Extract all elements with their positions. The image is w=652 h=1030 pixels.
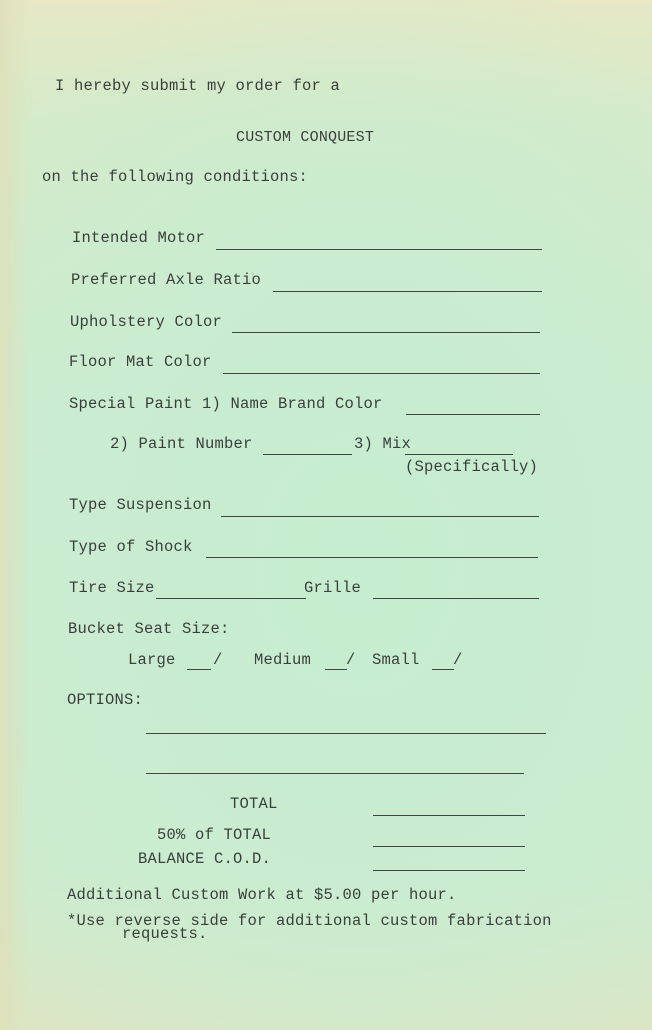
additional-work-note: Additional Custom Work at $5.00 per hour… bbox=[67, 886, 457, 904]
options-label: OPTIONS: bbox=[67, 691, 143, 709]
total-label: TOTAL bbox=[230, 795, 278, 813]
conditions-line: on the following conditions: bbox=[42, 168, 308, 186]
floor-mat-color-label: Floor Mat Color bbox=[69, 353, 212, 371]
paper-edge bbox=[0, 0, 30, 1030]
name-brand-color-field[interactable] bbox=[406, 414, 540, 415]
seat-small-mark: / bbox=[453, 651, 463, 669]
reverse-side-note-cont: requests. bbox=[122, 925, 208, 943]
bucket-seat-label: Bucket Seat Size: bbox=[68, 620, 230, 638]
upholstery-color-label: Upholstery Color bbox=[70, 313, 222, 331]
seat-medium-checkbox[interactable] bbox=[325, 669, 347, 670]
mix-field[interactable] bbox=[405, 454, 513, 455]
seat-large-checkbox[interactable] bbox=[187, 669, 211, 670]
special-paint-label: Special Paint 1) Name Brand Color bbox=[69, 395, 383, 413]
options-field-1[interactable] bbox=[146, 733, 546, 734]
tire-size-field[interactable] bbox=[156, 598, 306, 599]
intro-line: I hereby submit my order for a bbox=[55, 77, 340, 95]
suspension-label: Type Suspension bbox=[69, 496, 212, 514]
balance-cod-label: BALANCE C.O.D. bbox=[138, 850, 271, 868]
total-field[interactable] bbox=[373, 815, 525, 816]
paint-number-label: 2) Paint Number bbox=[110, 435, 253, 453]
tire-size-label: Tire Size bbox=[69, 579, 155, 597]
grille-label: Grille bbox=[304, 579, 361, 597]
intended-motor-field[interactable] bbox=[216, 249, 542, 250]
options-field-2[interactable] bbox=[146, 773, 524, 774]
seat-medium-mark: / bbox=[346, 651, 356, 669]
upholstery-color-field[interactable] bbox=[232, 332, 540, 333]
suspension-field[interactable] bbox=[221, 516, 539, 517]
shock-label: Type of Shock bbox=[69, 538, 193, 556]
seat-large-mark: / bbox=[213, 651, 223, 669]
seat-small-checkbox[interactable] bbox=[432, 669, 454, 670]
mix-label: 3) Mix bbox=[354, 435, 411, 453]
intended-motor-label: Intended Motor bbox=[72, 229, 205, 247]
mix-note: (Specifically) bbox=[405, 458, 538, 476]
axle-ratio-field[interactable] bbox=[273, 291, 542, 292]
half-total-field[interactable] bbox=[373, 846, 525, 847]
floor-mat-color-field[interactable] bbox=[223, 373, 540, 374]
shock-field[interactable] bbox=[206, 557, 538, 558]
axle-ratio-label: Preferred Axle Ratio bbox=[71, 271, 261, 289]
seat-medium-label: Medium bbox=[254, 651, 311, 669]
form-title: CUSTOM CONQUEST bbox=[236, 129, 374, 146]
balance-cod-field[interactable] bbox=[373, 870, 525, 871]
seat-large-label: Large bbox=[128, 651, 176, 669]
paint-number-field[interactable] bbox=[263, 454, 352, 455]
grille-field[interactable] bbox=[373, 598, 539, 599]
seat-small-label: Small bbox=[372, 651, 420, 669]
half-total-label: 50% of TOTAL bbox=[157, 826, 271, 844]
